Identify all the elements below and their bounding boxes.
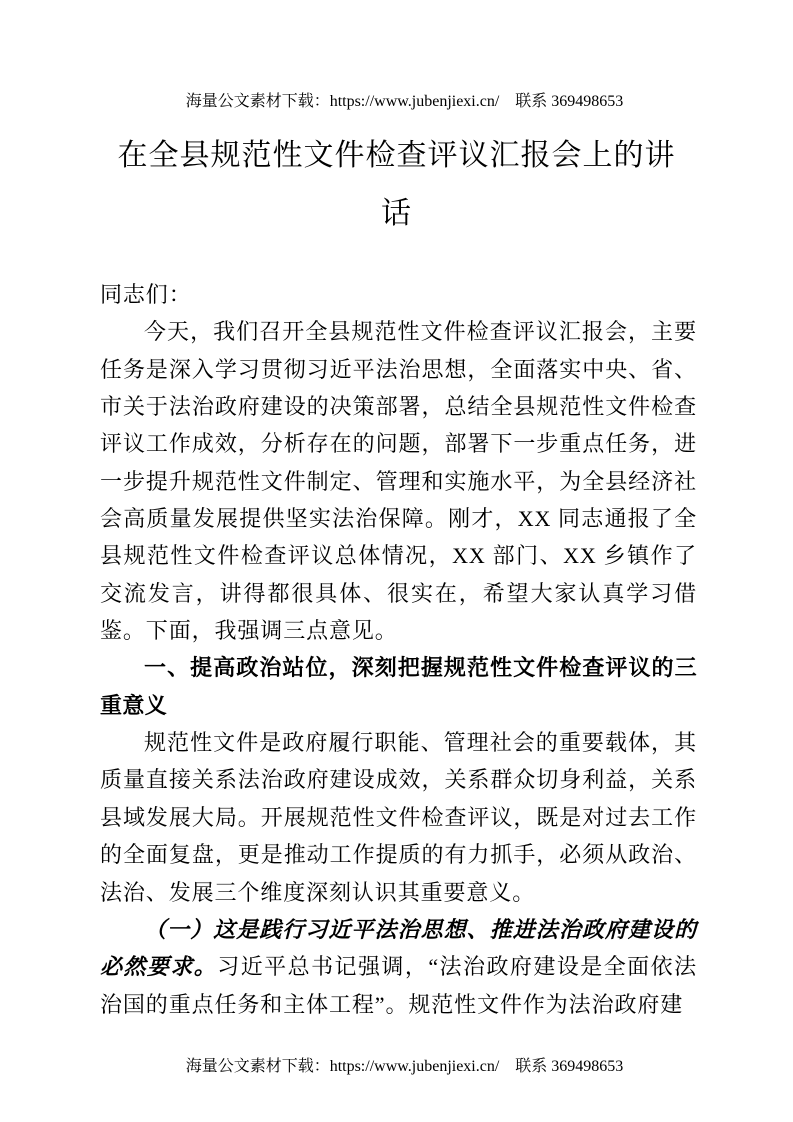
opening-paragraph: 今天，我们召开全县规范性文件检查评议汇报会，主要任务是深入学习贯彻习近平法治思想… (100, 313, 697, 649)
footer-note: 海量公文素材下载：https://www.jubenjiexi.cn/ 联系 3… (186, 1058, 624, 1075)
header-note: 海量公文素材下载：https://www.jubenjiexi.cn/ 联系 3… (186, 93, 624, 110)
document-page: 海量公文素材下载：https://www.jubenjiexi.cn/ 联系 3… (0, 0, 793, 1122)
section-one-heading: 一、提高政治站位，深刻把握规范性文件检查评议的三重意义 (100, 649, 697, 724)
page-footer: 海量公文素材下载：https://www.jubenjiexi.cn/ 联系 3… (0, 1037, 793, 1097)
significance-paragraph: 规范性文件是政府履行职能、管理社会的重要载体，其质量直接关系法治政府建设成效，关… (100, 724, 697, 911)
page-header: 海量公文素材下载：https://www.jubenjiexi.cn/ 联系 3… (0, 72, 793, 132)
title-line-1: 在全县规范性文件检查评议汇报会上的讲 (98, 127, 695, 185)
title-line-2: 话 (98, 185, 695, 243)
salutation-paragraph: 同志们： (100, 276, 697, 313)
document-title: 在全县规范性文件检查评议汇报会上的讲 话 (98, 127, 695, 243)
document-body: 同志们： 今天，我们召开全县规范性文件检查评议汇报会，主要任务是深入学习贯彻习近… (100, 276, 697, 1023)
subpoint-one-paragraph: （一）这是践行习近平法治思想、推进法治政府建设的必然要求。习近平总书记强调，“法… (100, 911, 697, 1023)
